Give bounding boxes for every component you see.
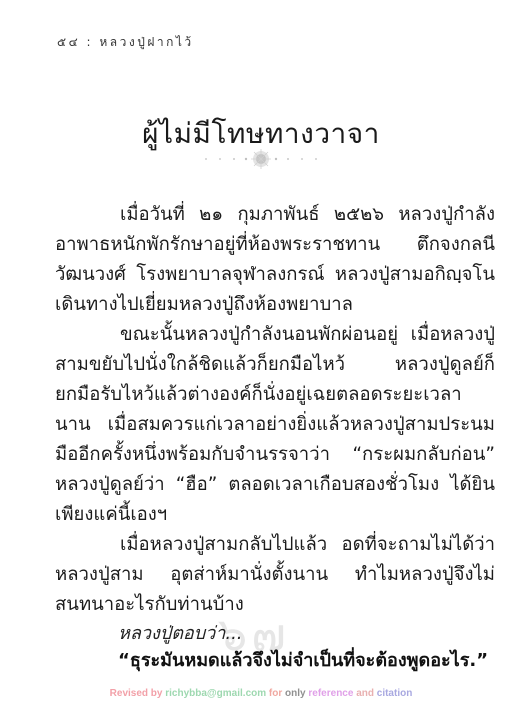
watermark-text: reference — [308, 688, 353, 699]
book-page: ๕๔ : หลวงปู่ฝากไว้ ผู้ไม่มีโทษทางวาจา เม… — [0, 0, 522, 708]
watermark-text: only — [285, 688, 306, 699]
revision-watermark: Revised by richybba@gmail.com for only r… — [0, 688, 522, 699]
running-header: ๕๔ : หลวงปู่ฝากไว้ — [57, 33, 194, 52]
watermark-email: richybba@gmail.com — [165, 688, 266, 699]
body-text: เมื่อวันที่ ๒๑ กุมภาพันธ์ ๒๕๒๖ หลวงปู่กำ… — [55, 200, 495, 620]
watermark-text: and — [356, 688, 374, 699]
watermark-text: for — [269, 688, 282, 699]
watermark-text: Revised by — [110, 688, 163, 699]
paragraph: เมื่อวันที่ ๒๑ กุมภาพันธ์ ๒๕๒๖ หลวงปู่กำ… — [55, 200, 495, 320]
reply-quote: “ธุระมันหมดแล้วจึงไม่จำเป็นที่จะต้องพูดอ… — [118, 645, 488, 674]
reply-intro: หลวงปู่ตอบว่า... — [118, 618, 243, 647]
starburst-divider-icon — [196, 148, 326, 170]
paragraph: ขณะนั้นหลวงปู่กำลังนอนพักผ่อนอยู่ เมื่อห… — [55, 320, 495, 530]
watermark-text: citation — [377, 688, 413, 699]
